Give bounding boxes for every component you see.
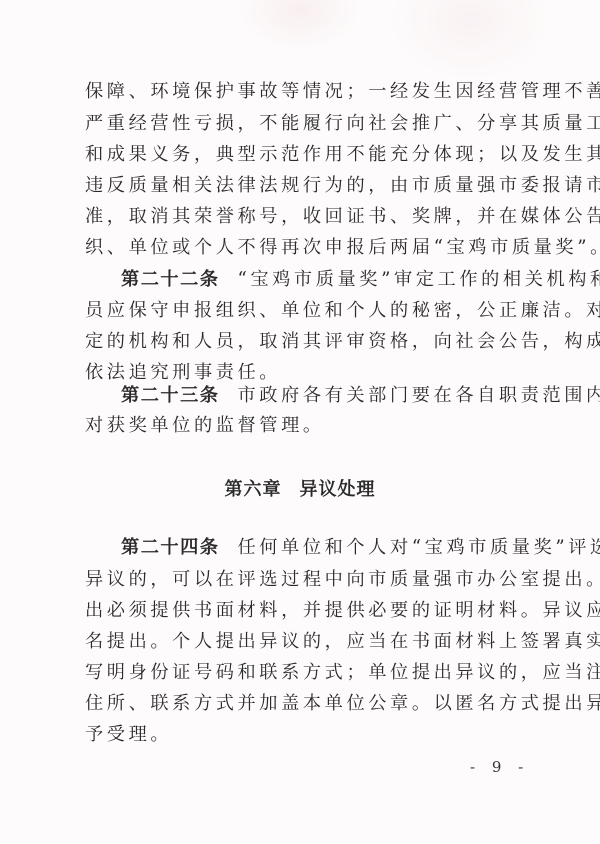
page-number: - 9 -: [470, 758, 529, 776]
chapter-heading: 第六章异议处理: [0, 475, 600, 501]
chapter-number: 第六章: [225, 479, 282, 500]
paragraph-line: 出必须提供书面材料，并提供必要的证明材料。异议应当以实: [85, 600, 525, 622]
article-23-text: 市政府各有关部门要在各自职责范围内加强: [237, 385, 600, 406]
paragraph-line: 违反质量相关法律法规行为的，由市质量强市委报请市政府批: [85, 175, 525, 197]
article-24-text: 任何单位和个人对“宝鸡市质量奖”评选有: [237, 537, 600, 558]
chapter-title: 异议处理: [300, 479, 376, 500]
article-23-first-line: 第二十三条市政府各有关部门要在各自职责范围内加强: [121, 385, 525, 407]
article-23-label: 第二十三条: [121, 385, 219, 406]
paragraph-line: 和成果义务，典型示范作用不能充分体现；以及发生其他严重: [85, 144, 525, 166]
paragraph-line: 严重经营性亏损，不能履行向社会推广、分享其质量工作经验: [85, 113, 525, 135]
document-page: 保障、环境保护事故等情况；一经发生因经营管理不善，出现 严重经营性亏损，不能履行…: [0, 0, 600, 844]
paragraph-line: 员应保守申报组织、单位和个人的秘密，公正廉洁。对违反规: [85, 300, 525, 322]
paragraph-line: 写明身份证号码和联系方式；单位提出异议的，应当注明单位: [85, 662, 525, 684]
paragraph-line: 予受理。: [85, 724, 525, 746]
paragraph-line: 织、单位或个人不得再次申报后两届“宝鸡市质量奖”。: [85, 237, 525, 259]
paragraph-line: 定的机构和人员，取消其评审资格，向社会公告，构成犯罪的: [85, 331, 525, 353]
paragraph-line: 住所、联系方式并加盖本单位公章。以匿名方式提出异议的不: [85, 693, 525, 715]
paragraph-line: 异议的，可以在评选过程中向市质量强市办公室提出。异议提: [85, 569, 525, 591]
article-22-text: “宝鸡市质量奖”审定工作的相关机构和人: [237, 269, 600, 290]
paragraph-line: 依法追究刑事责任。: [85, 362, 525, 384]
paragraph-line: 对获奖单位的监督管理。: [85, 415, 525, 437]
paragraph-line: 保障、环境保护事故等情况；一经发生因经营管理不善，出现: [85, 81, 525, 103]
article-22-label: 第二十二条: [121, 269, 219, 290]
paragraph-line: 名提出。个人提出异议的，应当在书面材料上签署真实姓名，: [85, 631, 525, 653]
paragraph-line: 准，取消其荣誉称号，收回证书、奖牌，并在媒体公告，该组: [85, 206, 525, 228]
article-22-first-line: 第二十二条“宝鸡市质量奖”审定工作的相关机构和人: [121, 269, 525, 291]
article-24-label: 第二十四条: [121, 537, 219, 558]
article-24-first-line: 第二十四条任何单位和个人对“宝鸡市质量奖”评选有: [121, 537, 525, 559]
